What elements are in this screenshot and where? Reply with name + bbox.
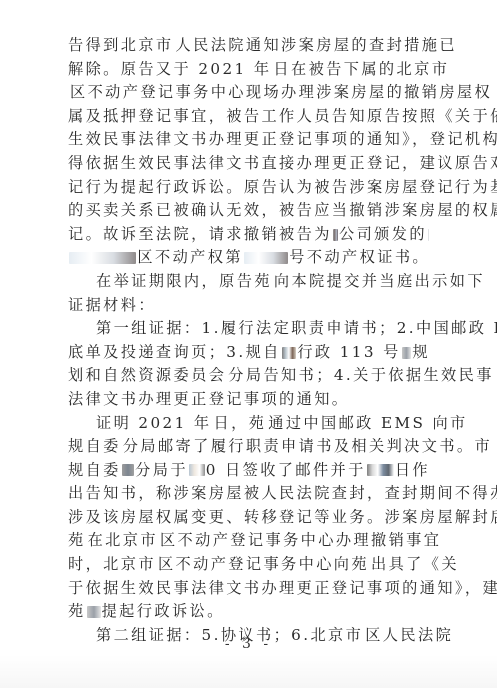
text-segment: 规 bbox=[412, 341, 430, 365]
text-segment: 区不动产登记事务中心办理撤销事宜 bbox=[160, 529, 441, 553]
text-segment: 区不动产登记事务中心向苑 bbox=[158, 553, 369, 577]
text-line: 生效民事法律文书办理更正登记事项的通知》，登记机构不 bbox=[68, 128, 430, 152]
text-line: 时，北京市区不动产登记事务中心向苑出具了《关 bbox=[68, 553, 430, 577]
text-segment: 区不动产登记事务中心现场办理涉案房屋的撤销房屋权 bbox=[70, 81, 492, 105]
redacted-block bbox=[69, 252, 136, 264]
text-segment: 公司颁发的 bbox=[339, 223, 427, 247]
text-line: 区不动产权第号不动产权证书。 bbox=[68, 246, 430, 270]
text-segment: 日，苑 bbox=[213, 412, 266, 436]
redacted-block bbox=[122, 464, 134, 476]
text-segment: 人民法院通知涉案房屋的查封措施已 bbox=[176, 34, 457, 58]
text-line: 证明 2021 年日，苑通过中国邮政 EMS 向市 bbox=[68, 412, 430, 436]
text-line: 记行为提起行政诉讼。原告认为被告涉案房屋登记行为基础 bbox=[68, 176, 430, 200]
text-segment: 日在被告下属的北京市 bbox=[273, 58, 449, 82]
redacted-block bbox=[282, 347, 297, 359]
text-segment: 涉及该房屋权属变更、转移登记等业务。涉案房屋解封后， bbox=[68, 506, 497, 530]
document-page: 告得到北京市人民法院通知涉案房屋的查封措施已解除。原告又于 2021 年日在被告… bbox=[68, 34, 430, 647]
text-segment: 记行为提起行政诉讼。原告认为被告涉案房屋登记行为基础 bbox=[68, 176, 497, 200]
text-segment: 号不动产权证书。 bbox=[289, 246, 430, 270]
redacted-block bbox=[402, 347, 412, 359]
text-line: 涉及该房屋权属变更、转移登记等业务。涉案房屋解封后， bbox=[68, 506, 430, 530]
text-segment: 分局于 bbox=[135, 459, 188, 483]
text-segment: 记。故诉至法院，请求撤销被告为 bbox=[68, 223, 332, 247]
text-line: 划和自然资源委员会分局告知书；4.关于依据生效民事 bbox=[68, 364, 430, 388]
text-segment: 区不动产权第 bbox=[137, 246, 243, 270]
text-segment: 行政 113 号 bbox=[297, 341, 400, 365]
text-segment: 证据材料： bbox=[68, 294, 156, 318]
text-segment: 向本院提交并当庭出示如下 bbox=[274, 270, 485, 294]
text-segment: 法律文书办理更正登记事项的通知。 bbox=[68, 388, 349, 412]
text-segment: 苑 bbox=[68, 529, 86, 553]
redacted-block bbox=[428, 229, 429, 241]
text-segment: 属及抵押登记事宜，被告工作人员告知原告按照《关于依据 bbox=[68, 105, 497, 129]
text-segment: 规自委 bbox=[68, 435, 121, 459]
text-segment: 出告知书，称涉案房屋被人民法院查封，查封期间不得办理 bbox=[68, 482, 497, 506]
text-line: 区不动产登记事务中心现场办理涉案房屋的撤销房屋权 bbox=[68, 81, 430, 105]
text-line: 苑在北京市区不动产登记事务中心办理撤销事宜 bbox=[68, 529, 430, 553]
text-line: 底单及投递查询页；3.规自行政 113 号规 bbox=[68, 341, 430, 365]
text-line: 法律文书办理更正登记事项的通知。 bbox=[68, 388, 430, 412]
text-segment: 解除。原告又于 2021 年 bbox=[68, 58, 271, 82]
text-segment: 日作 bbox=[395, 459, 430, 483]
redacted-block bbox=[367, 464, 394, 476]
text-line: 得依据生效民事法律文书直接办理更正登记，建议原告对登 bbox=[68, 152, 430, 176]
text-segment: 得依据生效民事法律文书直接办理更正登记，建议原告对登 bbox=[68, 152, 497, 176]
text-segment: 于依据生效民事法律文书办理更正登记事项的通知》，建议 bbox=[68, 577, 497, 601]
text-line: 于依据生效民事法律文书办理更正登记事项的通知》，建议 bbox=[68, 577, 430, 601]
text-segment: 规自委 bbox=[68, 459, 121, 483]
text-segment: 时，北京市 bbox=[68, 553, 156, 577]
text-line: 第一组证据：1.履行法定职责申请书；2.中国邮政 EMS bbox=[68, 317, 430, 341]
text-line: 苑提起行政诉讼。 bbox=[68, 600, 430, 624]
text-segment: 分局邮寄了履行职责申请书及相关判决文书。市 bbox=[123, 435, 492, 459]
text-segment: 通过中国邮政 EMS 向市 bbox=[268, 412, 467, 436]
text-segment: 生效民事法律文书办理更正登记事项的通知》，登记机构不 bbox=[68, 128, 497, 152]
text-segment: 在举证期限内，原告苑 bbox=[96, 270, 272, 294]
redacted-block bbox=[87, 606, 101, 618]
text-segment: 证明 2021 年 bbox=[96, 412, 211, 436]
text-line: 出告知书，称涉案房屋被人民法院查封，查封期间不得办理 bbox=[68, 482, 430, 506]
text-line: 证据材料： bbox=[68, 294, 430, 318]
redacted-block bbox=[333, 229, 338, 241]
text-line: 规自委分局于0 日签收了邮件并于日作 bbox=[68, 459, 430, 483]
text-line: 在举证期限内，原告苑向本院提交并当庭出示如下 bbox=[68, 270, 430, 294]
text-line: 告得到北京市人民法院通知涉案房屋的查封措施已 bbox=[68, 34, 430, 58]
page-number: - 3 - bbox=[0, 636, 497, 652]
redacted-block bbox=[189, 464, 205, 476]
text-line: 解除。原告又于 2021 年日在被告下属的北京市 bbox=[68, 58, 430, 82]
text-line: 的买卖关系已被确认无效，被告应当撤销涉案房屋的权属登 bbox=[68, 199, 430, 223]
text-segment: 提起行政诉讼。 bbox=[102, 600, 225, 624]
text-segment: 分局告知书；4.关于依据生效民事 bbox=[228, 364, 494, 388]
text-segment: 的买卖关系已被确认无效，被告应当撤销涉案房屋的权属登 bbox=[68, 199, 497, 223]
text-segment: 出具了《关 bbox=[371, 553, 459, 577]
text-line: 记。故诉至法院，请求撤销被告为公司颁发的 bbox=[68, 223, 430, 247]
text-segment: 第一组证据：1.履行法定职责申请书；2.中国邮政 EMS bbox=[96, 317, 497, 341]
text-segment: 0 日签收了邮件并于 bbox=[206, 459, 366, 483]
text-segment: 底单及投递查询页；3.规自 bbox=[68, 341, 281, 365]
text-segment: 苑 bbox=[68, 600, 86, 624]
text-segment: 在北京市 bbox=[88, 529, 158, 553]
text-line: 属及抵押登记事宜，被告工作人员告知原告按照《关于依据 bbox=[68, 105, 430, 129]
text-segment: 告得到北京市 bbox=[68, 34, 174, 58]
text-segment: 划和自然资源委员会 bbox=[68, 364, 226, 388]
redacted-block bbox=[244, 252, 288, 264]
text-line: 规自委分局邮寄了履行职责申请书及相关判决文书。市 bbox=[68, 435, 430, 459]
